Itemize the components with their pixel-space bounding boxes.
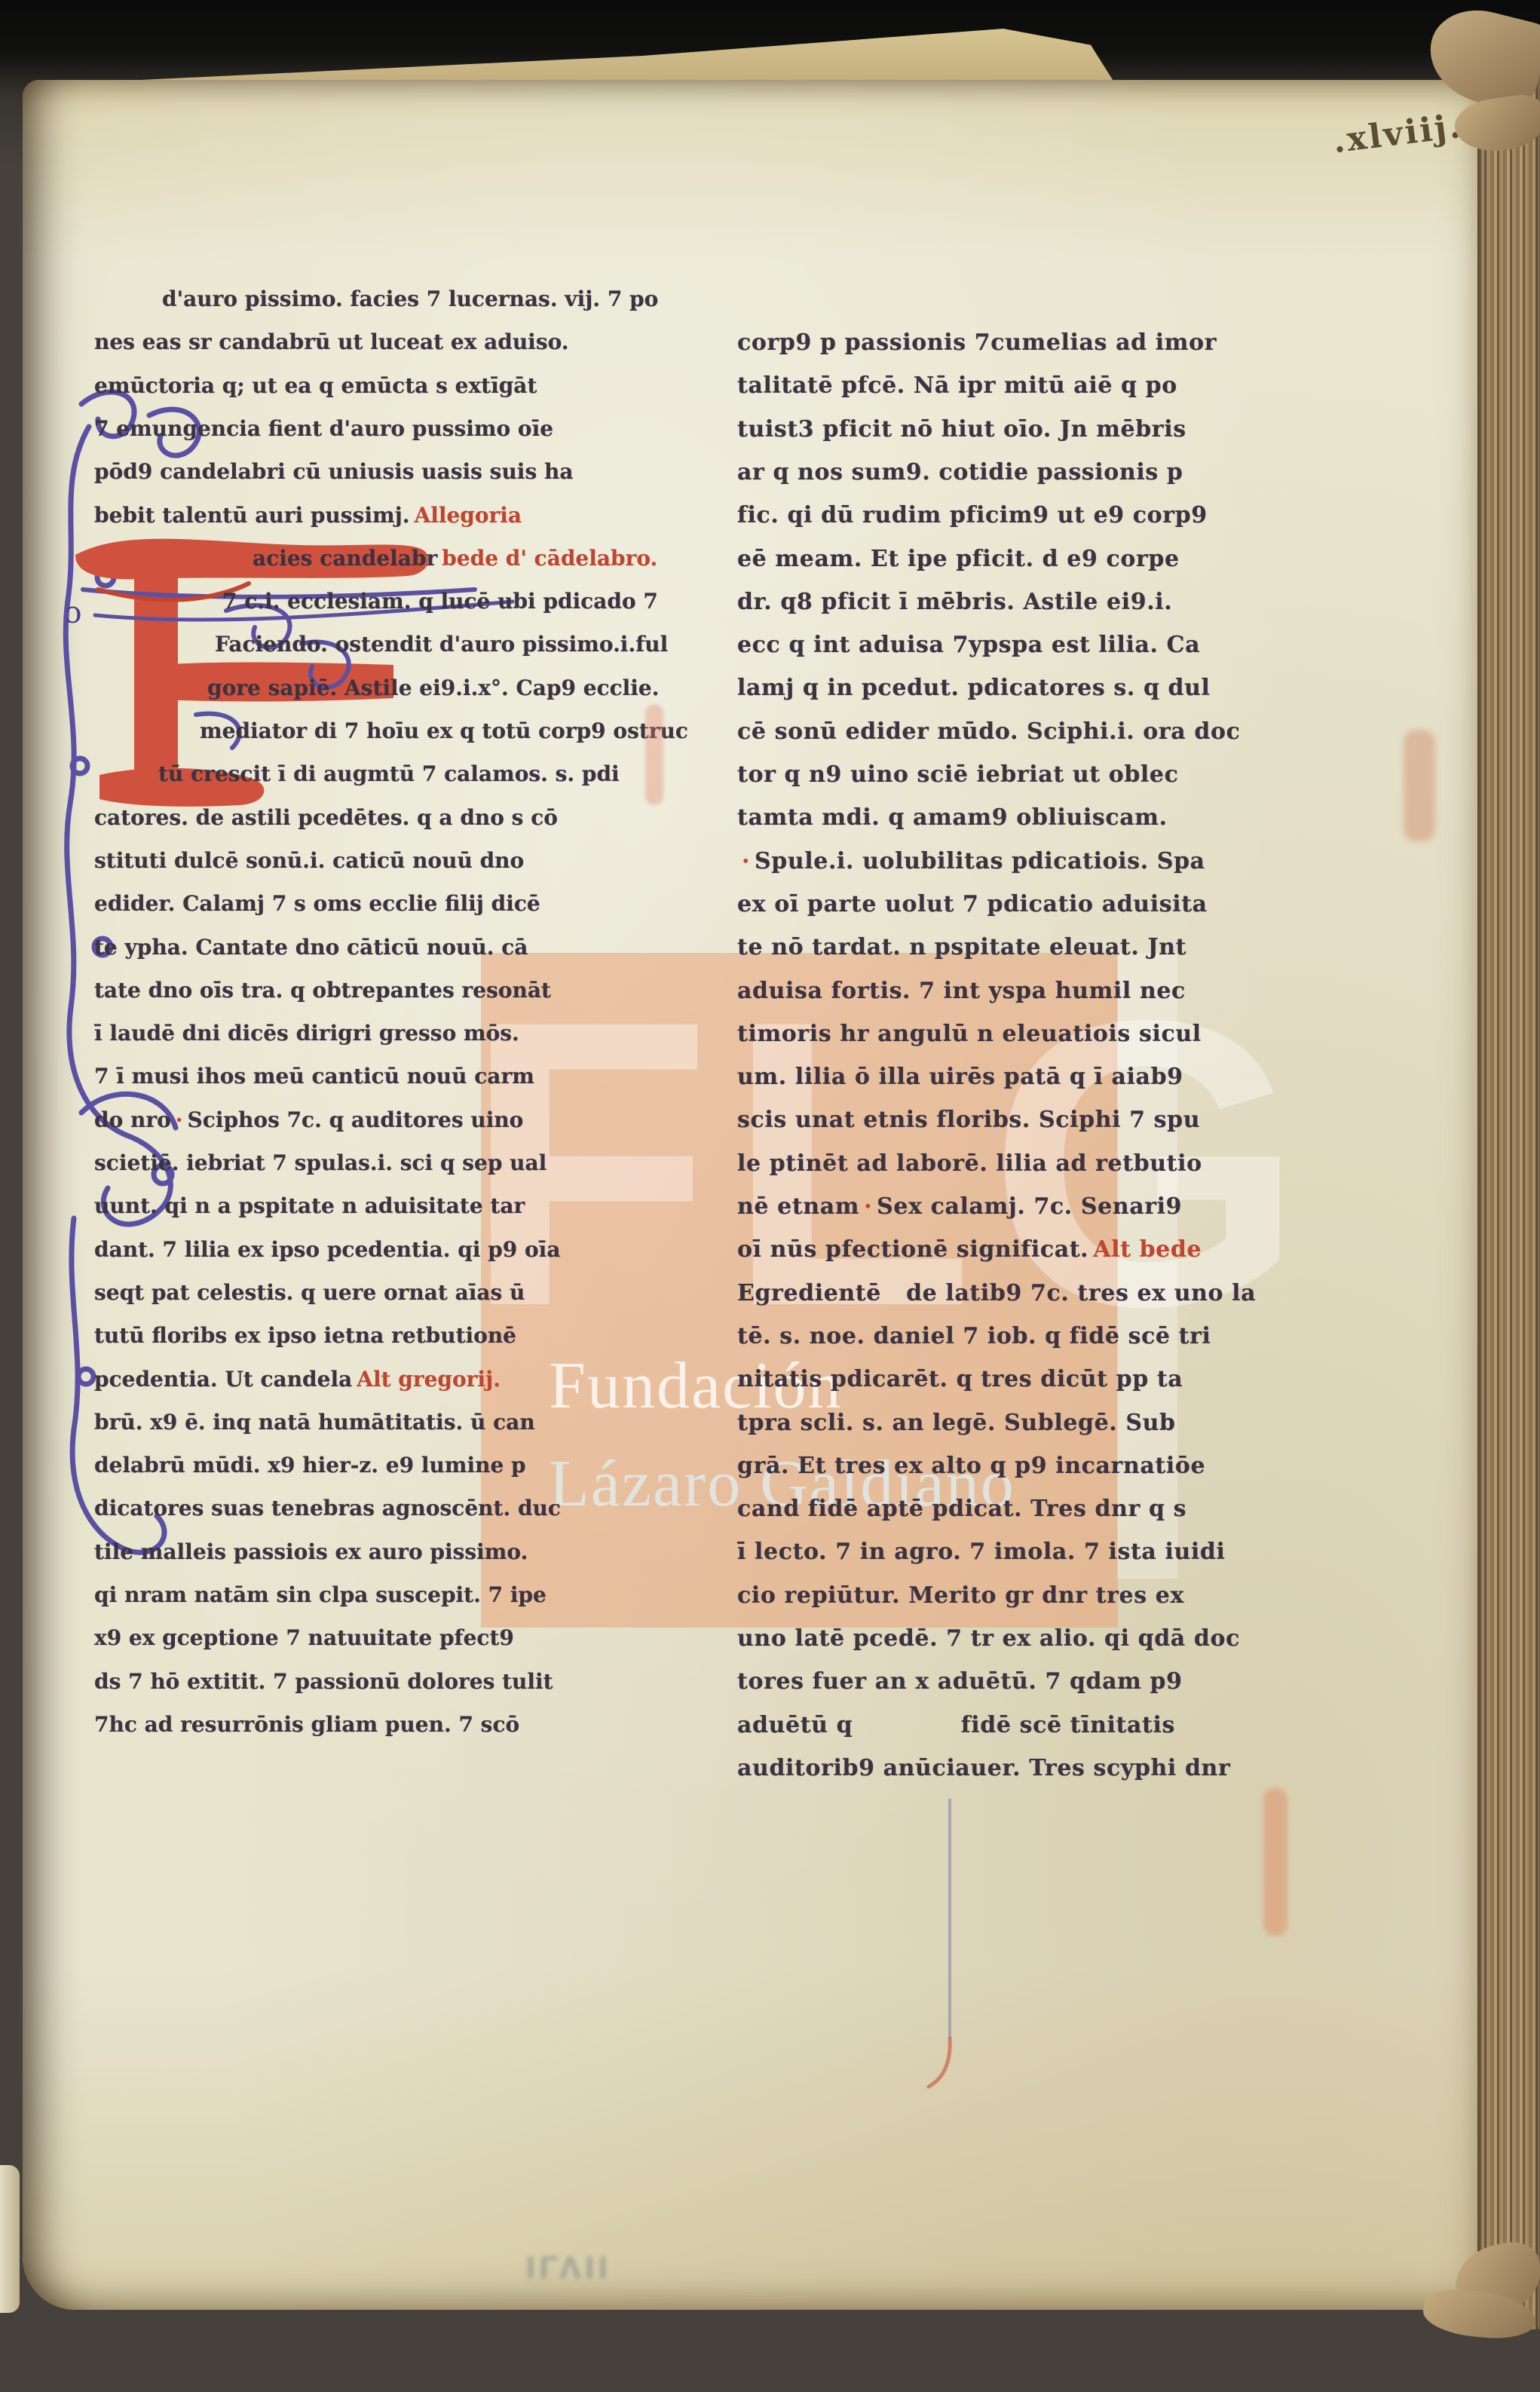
manuscript-line: delabrū mūdi. x9 hier-z. e9 lumine p [94,1444,526,1487]
body-text: dr. q8 pficit ī mēbris. Astile ei9.i. [737,589,1172,615]
manuscript-line: talitatē pfcē. Nā ipr mitū aiē q po [737,364,1177,407]
body-text: te ypha. Cantate dno cāticū nouū. cā [94,935,528,960]
manuscript-line: 7hc ad resurrōnis gliam puen. 7 scō [94,1703,519,1746]
rubric-text: Allegoria [414,503,522,528]
manuscript-page: .xlviij. FLG Fundación Lázaro Galdiano [23,80,1483,2310]
body-text: pōd9 candelabri cū uniusis uasis suis ha [94,459,573,484]
body-text: aduētū q fidē scē tīnitatis [737,1712,1175,1738]
photograph-background: .xlviij. FLG Fundación Lázaro Galdiano [0,0,1540,2392]
text-column-right: corp9 p passionis 7cumelias ad imortalit… [737,321,1280,1799]
body-text: gore sapiē. Astile ei9.i.x°. Cap9 ecclie… [207,675,660,700]
manuscript-line: 7 ī musi ihos meū canticū nouū carm [94,1055,534,1098]
manuscript-line: tamta mdi. q amam9 obliuiscam. [737,796,1168,839]
manuscript-line: nes eas sr candabrū ut luceat ex aduiso. [94,320,569,363]
body-text: Faciendo. ostendit d'auro pissimo.i.ful [215,632,668,657]
body-text: scietiē. iebriat 7 spulas.i. sci q sep u… [94,1150,547,1175]
body-text: 7 ī musi ihos meū canticū nouū carm [94,1064,534,1089]
manuscript-line: d'auro pissimo. facies 7 lucernas. vij. … [162,277,658,320]
manuscript-line: tile malleis passiois ex auro pissimo. [94,1530,528,1573]
body-text: nitatis pdicarēt. q tres dicūt pp ta [737,1366,1183,1392]
body-text: tutū floribs ex ipso ietna retbutionē [94,1323,516,1348]
body-text: ds 7 hō extitit. 7 passionū dolores tuli… [94,1669,553,1694]
manuscript-line: edider. Calamj 7 s oms ecclie filij dicē [94,882,540,925]
manuscript-line: grā. Et tres ex alto q p9 incarnatiōe [737,1444,1205,1487]
body-text: tile malleis passiois ex auro pissimo. [94,1539,528,1564]
underleaf-sliver [0,2165,20,2313]
body-text: tores fuer an x aduētū. 7 qdam p9 [737,1668,1183,1695]
body-text: te nō tardat. n pspitate eleuat. Jnt [737,934,1186,960]
manuscript-line: catores. de astili pcedētes. q a dno s c… [94,796,558,839]
body-text: fic. qi dū rudim pficim9 ut e9 corp9 [737,502,1208,528]
body-text: uunt. qi n a pspitate n aduisitate tar [94,1193,525,1218]
manuscript-line: oī nūs pfectionē significat.Alt bede [737,1228,1206,1271]
manuscript-line: aduisa fortis. 7 int yspa humil nec [737,969,1186,1012]
body-text: ecc q int aduisa 7ypspa est lilia. Ca [737,632,1200,658]
body-text: tamta mdi. q amam9 obliuiscam. [737,804,1168,831]
body-text: dicatores suas tenebras agnoscēnt. duc [94,1496,561,1521]
body-text: delabrū mūdi. x9 hier-z. e9 lumine p [94,1453,526,1478]
body-text: tē. s. noe. daniel 7 iob. q fidē scē tri [737,1323,1211,1349]
body-text: do nro [94,1107,171,1132]
manuscript-line: dant. 7 lilia ex ipso pcedentia. qi p9 o… [94,1228,560,1271]
book-fore-edge [1477,66,1540,2329]
body-text: stituti dulcē sonū.i. caticū nouū dno [94,848,524,873]
text-column-left: d'auro pissimo. facies 7 lucernas. vij. … [94,277,547,1755]
body-text: Sex calamj. 7c. Senari9 [877,1193,1182,1220]
body-text: mediator di 7 hoīu ex q totū corp9 ostru… [200,718,688,743]
body-text: cē sonū edider mūdo. Sciphi.i. ora doc [737,718,1240,745]
manuscript-line: qi nram natām sin clpa suscepit. 7 ipe [94,1573,547,1616]
manuscript-line: acies candelabrbede d' cādelabro. [253,537,662,580]
manuscript-line: ecc q int aduisa 7ypspa est lilia. Ca [737,623,1200,666]
body-text: emūctoria q; ut ea q emūcta s extīgāt [94,373,537,398]
body-text: edider. Calamj 7 s oms ecclie filij dicē [94,891,540,916]
body-text: ī laudē dni dicēs dirigri gresso mōs. [94,1021,519,1046]
body-text: ī lecto. 7 in agro. 7 imola. 7 ista iuid… [737,1539,1226,1565]
manuscript-line: pcedentia. Ut candelaAlt gregorij. [94,1358,505,1401]
body-text: tū crescit ī di augmtū 7 calamos. s. pdi [158,761,620,786]
body-text: d'auro pissimo. facies 7 lucernas. vij. … [162,286,658,311]
body-text: dant. 7 lilia ex ipso pcedentia. qi p9 o… [94,1237,560,1262]
manuscript-line: nitatis pdicarēt. q tres dicūt pp ta [737,1358,1183,1401]
rubric-text: · [864,1193,872,1220]
body-text: Sciphos 7c. q auditores uino [188,1107,524,1132]
manuscript-line: bebit talentū auri pussimj.Allegoria [94,494,526,537]
folio-number: .xlviij. [1331,107,1465,161]
manuscript-line: te nō tardat. n pspitate eleuat. Jnt [737,926,1186,969]
manuscript-line: ar q nos sum9. cotidie passionis p [737,451,1183,494]
manuscript-line: x9 ex gceptione 7 natuuitate pfect9 [94,1616,514,1659]
body-text: tuist3 pficit nō hiut oīo. Jn mēbris [737,416,1186,443]
ruling-line-tail [912,1799,987,2115]
body-text: um. lilia ō illa uirēs patā q ī aiab9 [737,1064,1183,1090]
body-text: le ptinēt ad laborē. lilia ad retbutio [737,1150,1202,1177]
body-text: nē etnam [737,1193,859,1220]
manuscript-line: Egredientē de latib9 7c. tres ex uno la [737,1272,1256,1315]
body-text: talitatē pfcē. Nā ipr mitū aiē q po [737,372,1177,399]
body-text: uno latē pcedē. 7 tr ex alio. qi qdā doc [737,1625,1240,1652]
body-text: cio repiūtur. Merito gr dnr tres ex [737,1582,1184,1609]
body-text: auditorib9 anūciauer. Tres scyphi dnr [737,1755,1230,1781]
body-text: Spule.i. uolubilitas pdicatiois. Spa [755,848,1205,874]
manuscript-line: scietiē. iebriat 7 spulas.i. sci q sep u… [94,1141,547,1184]
manuscript-line: timoris hr angulū n eleuatiois sicul [737,1012,1202,1055]
body-text: tate dno oīs tra. q obtrepantes resonāt [94,978,551,1003]
manuscript-line: uunt. qi n a pspitate n aduisitate tar [94,1184,525,1227]
manuscript-line: ī lecto. 7 in agro. 7 imola. 7 ista iuid… [737,1530,1226,1573]
body-text: Egredientē de latib9 7c. tres ex uno la [737,1280,1256,1306]
manuscript-line: 7 c.i. ecclesiam. q lucē ubi pdicado 7 [222,580,658,623]
body-text: corp9 p passionis 7cumelias ad imor [737,329,1217,356]
manuscript-line: lamj q in pcedut. pdicatores s. q dul [737,666,1211,709]
manuscript-line: mediator di 7 hoīu ex q totū corp9 ostru… [200,709,688,752]
manuscript-line: fic. qi dū rudim pficim9 ut e9 corp9 [737,494,1208,537]
orange-stain-margin [1263,1788,1287,1936]
body-text: nes eas sr candabrū ut luceat ex aduiso. [94,329,569,354]
manuscript-line: tate dno oīs tra. q obtrepantes resonāt [94,969,551,1012]
orange-stain-edge [1404,730,1435,841]
manuscript-line: dicatores suas tenebras agnoscēnt. duc [94,1487,561,1530]
body-text: 7 emungencia fient d'auro pussimo oīe [94,416,553,441]
manuscript-line: Faciendo. ostendit d'auro pissimo.i.ful [215,623,668,666]
manuscript-line: ī laudē dni dicēs dirigri gresso mōs. [94,1012,519,1055]
body-text: ex oī parte uolut 7 pdicatio aduisita [737,891,1208,917]
manuscript-line: gore sapiē. Astile ei9.i.x°. Cap9 ecclie… [207,666,660,709]
body-text: oī nūs pfectionē significat. [737,1236,1088,1263]
manuscript-line: scis unat etnis floribs. Sciphi 7 spu [737,1098,1200,1141]
body-text: timoris hr angulū n eleuatiois sicul [737,1021,1202,1047]
rubric-text: Alt gregorij. [357,1367,501,1392]
manuscript-line: tutū floribs ex ipso ietna retbutionē [94,1314,516,1357]
manuscript-line: seqt pat celestis. q uere ornat aīas ū [94,1271,525,1314]
body-text: lamj q in pcedut. pdicatores s. q dul [737,675,1211,701]
manuscript-line: brū. x9 ē. inq natā humātitatis. ū can [94,1401,535,1444]
body-text: eē meam. Et ipe pficit. d e9 corpe [737,546,1180,572]
manuscript-line: corp9 p passionis 7cumelias ad imor [737,321,1217,364]
body-text: acies candelabr [253,546,437,571]
body-text: 7hc ad resurrōnis gliam puen. 7 scō [94,1712,519,1737]
rubric-text: bede d' cādelabro. [442,546,657,571]
manuscript-line: cand fidē aptē pdicat. Tres dnr q s [737,1487,1186,1530]
manuscript-line: do nro·Sciphos 7c. q auditores uino [94,1098,523,1141]
manuscript-line: auditorib9 anūciauer. Tres scyphi dnr [737,1747,1230,1790]
manuscript-line: tpra scli. s. an legē. Sublegē. Sub [737,1401,1176,1444]
manuscript-line: ·Spule.i. uolubilitas pdicatiois. Spa [737,840,1205,883]
manuscript-line: tū crescit ī di augmtū 7 calamos. s. pdi [158,752,620,795]
manuscript-line: stituti dulcē sonū.i. caticū nouū dno [94,839,524,882]
manuscript-line: ex oī parte uolut 7 pdicatio aduisita [737,883,1208,926]
manuscript-line: tuist3 pficit nō hiut oīo. Jn mēbris [737,408,1186,451]
body-text: aduisa fortis. 7 int yspa humil nec [737,978,1186,1004]
marginal-letter: ɔ [65,596,81,630]
body-text: ar q nos sum9. cotidie passionis p [737,459,1183,485]
manuscript-line: tor q n9 uino sciē iebriat ut oblec [737,753,1178,796]
manuscript-line: te ypha. Cantate dno cāticū nouū. cā [94,926,528,969]
body-text: pcedentia. Ut candela [94,1367,352,1392]
manuscript-line: aduētū q fidē scē tīnitatis [737,1704,1175,1747]
manuscript-line: uno latē pcedē. 7 tr ex alio. qi qdā doc [737,1617,1240,1660]
manuscript-line: eē meam. Et ipe pficit. d e9 corpe [737,538,1180,580]
body-text: cand fidē aptē pdicat. Tres dnr q s [737,1496,1186,1522]
body-text: 7 c.i. ecclesiam. q lucē ubi pdicado 7 [222,589,658,614]
body-text: bebit talentū auri pussimj. [94,503,409,528]
manuscript-line: ds 7 hō extitit. 7 passionū dolores tuli… [94,1660,553,1703]
body-text: seqt pat celestis. q uere ornat aīas ū [94,1280,525,1305]
manuscript-line: emūctoria q; ut ea q emūcta s extīgāt [94,364,537,407]
body-text: tor q n9 uino sciē iebriat ut oblec [737,761,1178,788]
manuscript-line: um. lilia ō illa uirēs patā q ī aiab9 [737,1055,1183,1098]
manuscript-line: pōd9 candelabri cū uniusis uasis suis ha [94,450,573,493]
body-text: scis unat etnis floribs. Sciphi 7 spu [737,1107,1200,1133]
rubric-text: · [176,1107,183,1132]
manuscript-line: nē etnam·Sex calamj. 7c. Senari9 [737,1185,1182,1228]
rubric-text: · [742,848,750,874]
rubric-text: Alt bede [1093,1236,1202,1263]
manuscript-line: dr. q8 pficit ī mēbris. Astile ei9.i. [737,580,1172,623]
manuscript-line: tores fuer an x aduētū. 7 qdam p9 [737,1660,1183,1703]
body-text: qi nram natām sin clpa suscepit. 7 ipe [94,1582,547,1607]
body-text: grā. Et tres ex alto q p9 incarnatiōe [737,1453,1205,1479]
manuscript-line: le ptinēt ad laborē. lilia ad retbutio [737,1142,1202,1185]
manuscript-line: cio repiūtur. Merito gr dnr tres ex [737,1574,1184,1617]
manuscript-line: tē. s. noe. daniel 7 iob. q fidē scē tri [737,1315,1211,1358]
stamp-ghost: ΙΓΛΙΙ [526,2250,612,2286]
body-text: catores. de astili pcedētes. q a dno s c… [94,805,558,830]
body-text: tpra scli. s. an legē. Sublegē. Sub [737,1410,1176,1436]
body-text: brū. x9 ē. inq natā humātitatis. ū can [94,1410,535,1435]
pink-stain [645,704,663,805]
manuscript-line: 7 emungencia fient d'auro pussimo oīe [94,407,553,450]
body-text: x9 ex gceptione 7 natuuitate pfect9 [94,1625,514,1650]
manuscript-line: cē sonū edider mūdo. Sciphi.i. ora doc [737,710,1240,753]
